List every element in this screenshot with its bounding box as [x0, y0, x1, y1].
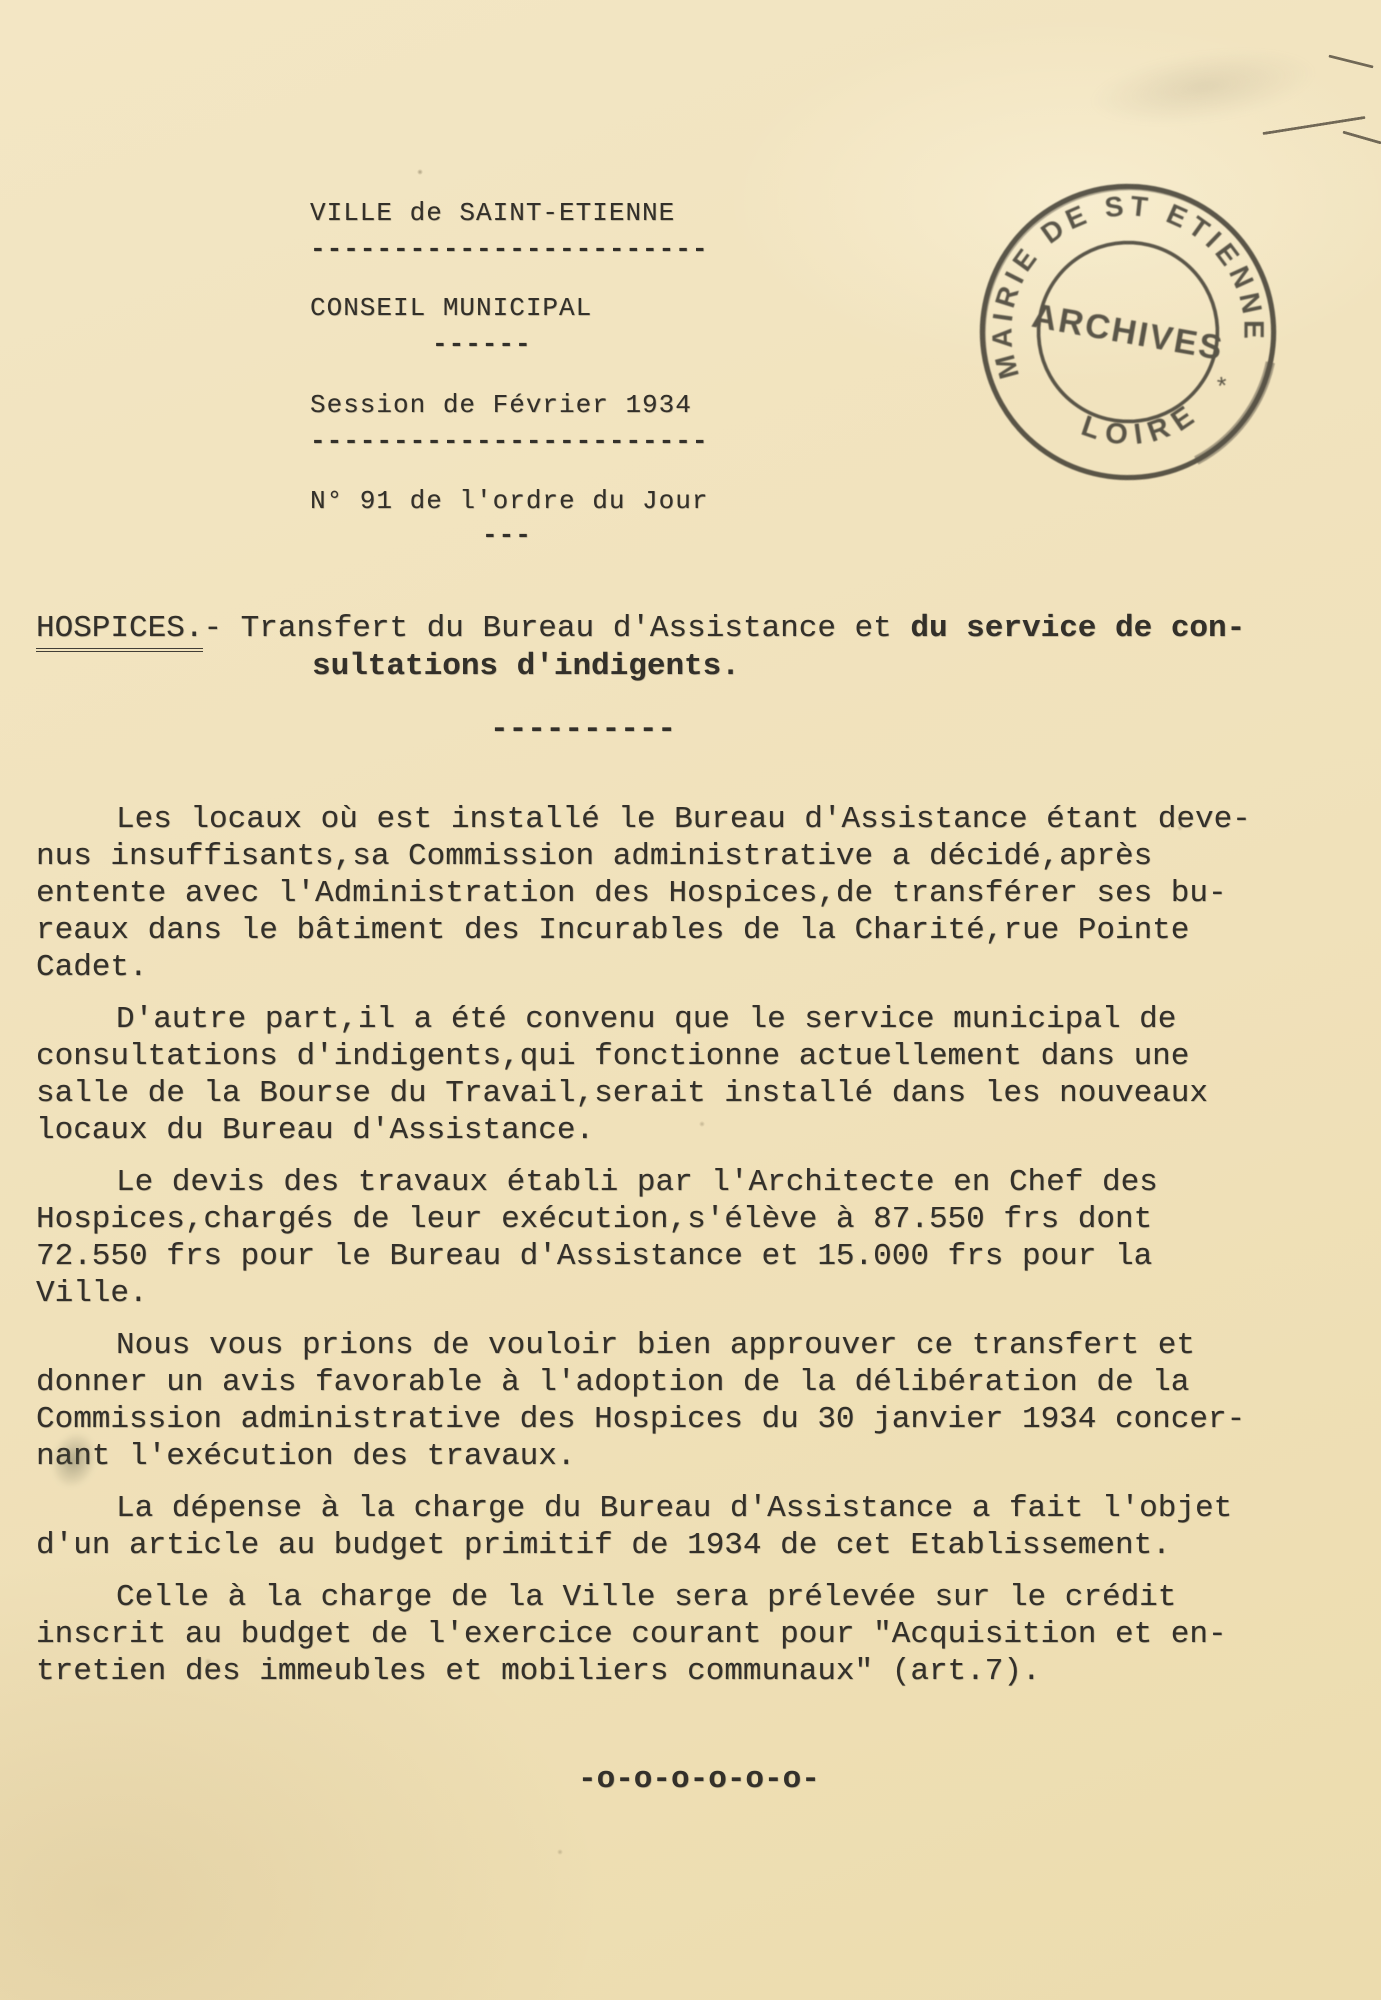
subject-heading-line1: HOSPICES.- Transfert du Bureau d'Assista… [36, 610, 1245, 647]
subject-text: Transfert du Bureau d'Assistance et [241, 611, 911, 646]
paragraph-line: Le devis des travaux établi par l'Archit… [36, 1164, 1356, 1201]
paragraphs: Les locaux où est installé le Bureau d'A… [36, 801, 1356, 1705]
paragraph-line: tretien des immeubles et mobiliers commu… [36, 1653, 1356, 1690]
archive-stamp: MAIRIE DE ST ETIENNE LOIRE ARCHIVES * [952, 156, 1304, 508]
paragraph-line: 72.550 frs pour le Bureau d'Assistance e… [36, 1238, 1356, 1275]
paragraph-line: nus insuffisants,sa Commission administr… [36, 838, 1356, 875]
divider-dashes: ------ [432, 333, 532, 355]
paragraph-line: inscrit au budget de l'exercice courant … [36, 1616, 1356, 1653]
pencil-ghost-mark [1084, 36, 1322, 137]
subject-dash: - [203, 611, 240, 646]
footer-separator: -o-o-o-o-o-o- [578, 1762, 820, 1797]
paragraph-line: Nous vous prions de vouloir bien approuv… [36, 1327, 1356, 1364]
stamp-center-text: ARCHIVES [1029, 297, 1227, 368]
paragraph: D'autre part,il a été convenu que le ser… [36, 1001, 1356, 1149]
council-title: CONSEIL MUNICIPAL [310, 293, 592, 323]
paragraph-line: entente avec l'Administration des Hospic… [36, 875, 1356, 912]
paragraph-line: salle de la Bourse du Travail,serait ins… [36, 1075, 1356, 1112]
subject-keyword: HOSPICES. [36, 611, 203, 652]
paragraph-line: Cadet. [36, 949, 1356, 986]
subject-heading-line2: sultations d'indigents. [312, 648, 740, 685]
paragraph-line: reaux dans le bâtiment des Incurables de… [36, 912, 1356, 949]
paragraph-line: Commission administrative des Hospices d… [36, 1401, 1356, 1438]
paragraph-line: locaux du Bureau d'Assistance. [36, 1112, 1356, 1149]
divider-dashes: ------------------------ [310, 238, 708, 260]
paragraph-line: Les locaux où est installé le Bureau d'A… [36, 801, 1356, 838]
svg-text:MAIRIE DE ST ETIENNE: MAIRIE DE ST ETIENNE [967, 172, 1273, 383]
pencil-mark [1342, 131, 1381, 145]
stamp-arc-top-text: MAIRIE DE ST ETIENNE [967, 172, 1273, 383]
pencil-mark [1328, 54, 1373, 68]
paragraph: Les locaux où est installé le Bureau d'A… [36, 801, 1356, 986]
paragraph: Nous vous prions de vouloir bien approuv… [36, 1327, 1356, 1475]
paragraph: Le devis des travaux établi par l'Archit… [36, 1164, 1356, 1312]
paragraph-line: Hospices,chargés de leur exécution,s'élè… [36, 1201, 1356, 1238]
divider-dashes: ------------------------ [310, 430, 708, 452]
scanned-document-page: VILLE de SAINT-ETIENNE -----------------… [0, 0, 1381, 2000]
order-number-line: N° 91 de l'ordre du Jour [310, 486, 708, 516]
paragraph: La dépense à la charge du Bureau d'Assis… [36, 1490, 1356, 1564]
paragraph-line: nant l'exécution des travaux. [36, 1438, 1356, 1475]
paragraph-line: Celle à la charge de la Ville sera préle… [36, 1579, 1356, 1616]
paragraph-line: La dépense à la charge du Bureau d'Assis… [36, 1490, 1356, 1527]
paragraph-line: consultations d'indigents,qui fonctionne… [36, 1038, 1356, 1075]
paragraph-line: d'un article au budget primitif de 1934 … [36, 1527, 1356, 1564]
stamp-star: * [1216, 372, 1230, 401]
subject-divider: ---------- [490, 712, 676, 747]
document-title: VILLE de SAINT-ETIENNE [310, 198, 675, 228]
svg-text:LOIRE: LOIRE [1073, 394, 1209, 459]
paragraph-line: Ville. [36, 1275, 1356, 1312]
session-line: Session de Février 1934 [310, 390, 692, 420]
subject-text-bold: du service de con- [910, 611, 1245, 646]
paragraph: Celle à la charge de la Ville sera préle… [36, 1579, 1356, 1690]
paragraph-line: D'autre part,il a été convenu que le ser… [36, 1001, 1356, 1038]
divider-dashes: --- [482, 524, 532, 546]
archive-stamp-graphic: MAIRIE DE ST ETIENNE LOIRE ARCHIVES * [952, 156, 1304, 508]
paragraph-line: donner un avis favorable à l'adoption de… [36, 1364, 1356, 1401]
stamp-arc-bottom-text: LOIRE [1073, 394, 1209, 459]
